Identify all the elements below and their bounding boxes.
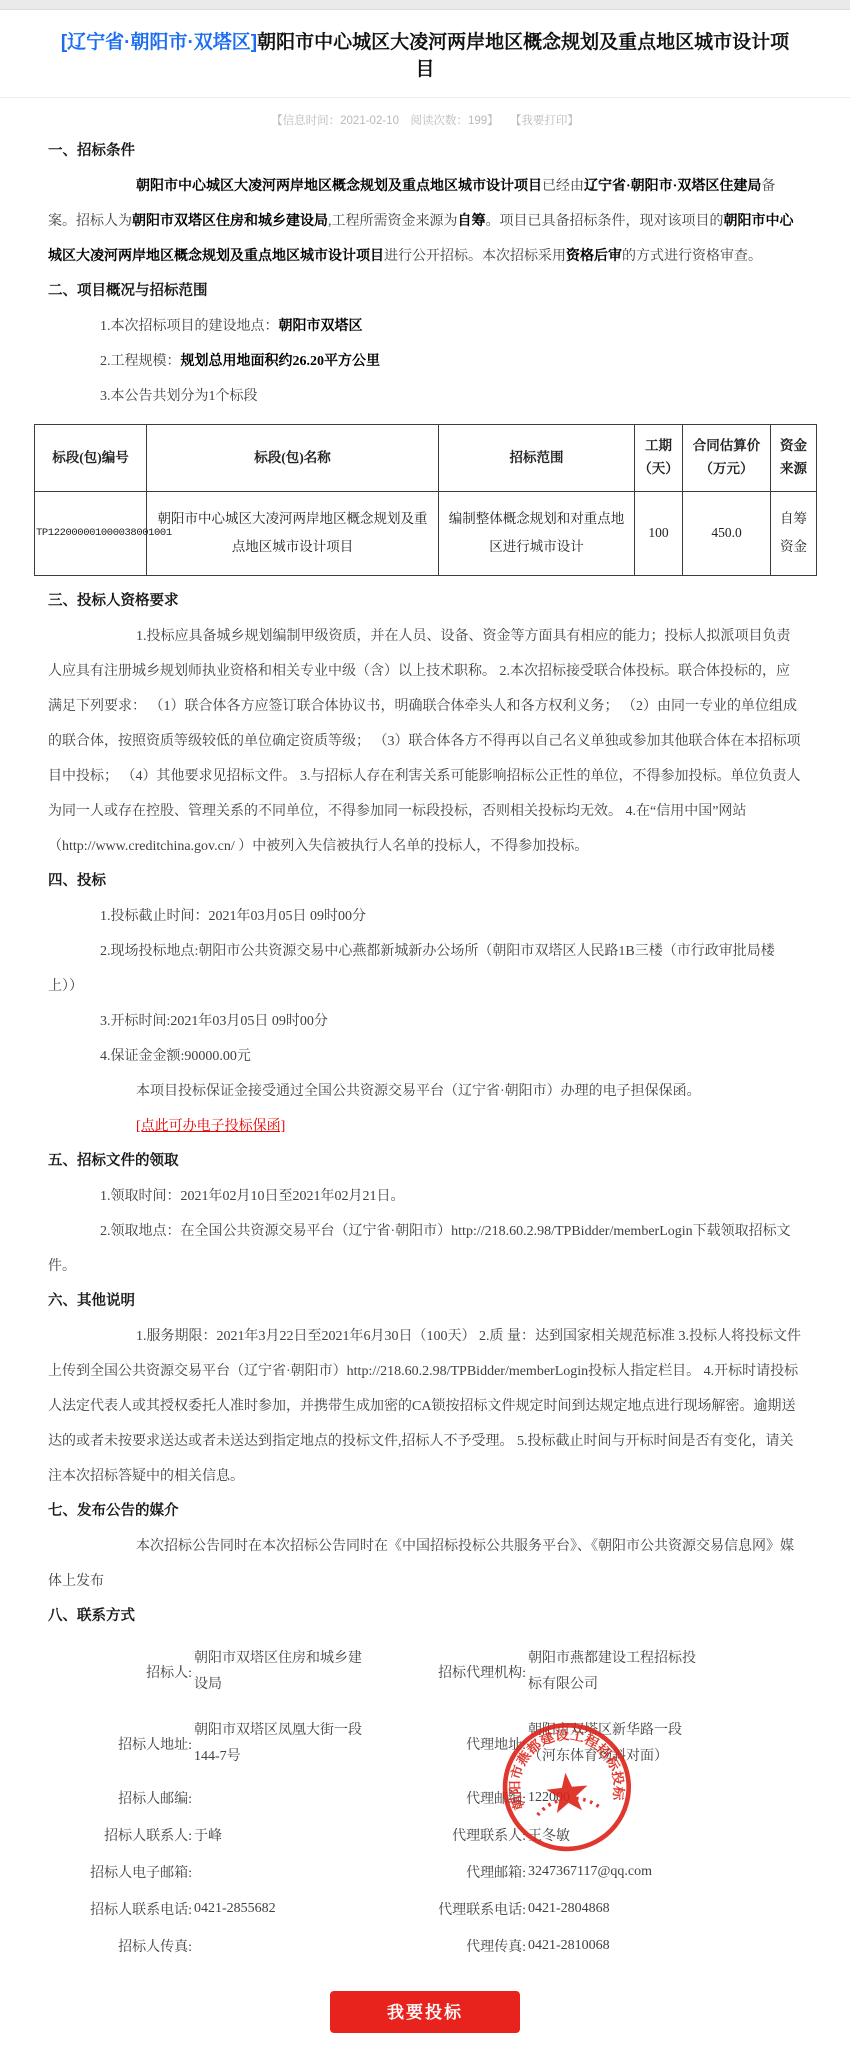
other-notes-paragraph: 1.服务期限：2021年3月22日至2021年6月30日（100天） 2.质 量… [48, 1319, 802, 1494]
text-run: ,工程所需资金来源为 [328, 214, 458, 229]
title-region-prefix: [辽宁省·朝阳市·双塔区] [61, 32, 257, 53]
text-run: 朝阳市中心城区大凌河两岸地区概念规划及重点地区城市设计项目 [136, 179, 542, 194]
bidder-label: 招标人传真: [48, 1936, 192, 1956]
lot-data-cell: 朝阳市中心城区大凌河两岸地区概念规划及重点地区城市设计项目 [147, 492, 439, 576]
lots-table-body: TP122000001000038001001朝阳市中心城区大凌河两岸地区概念规… [35, 492, 817, 576]
text-run: 已经由 [542, 179, 584, 194]
bidding-items: 1.投标截止时间：2021年03月05日 09时00分2.现场投标地点:朝阳市公… [48, 899, 802, 1074]
agency-label: 代理联系人: [386, 1825, 526, 1845]
lots-table: 标段(包)编号标段(包)名称招标范围工期（天）合同估算价（万元）资金来源 TP1… [34, 424, 817, 576]
list-item-paragraph: 1.领取时间：2021年02月10日至2021年02月21日。 [48, 1179, 802, 1214]
agency-value: 0421-2810068 [526, 1938, 802, 1954]
lot-data-cell: 自筹资金 [771, 492, 817, 576]
bidder-value-text: 朝阳市双塔区凤凰大街一段144-7号 [194, 1718, 362, 1770]
text-run: 2.工程规模： [100, 354, 181, 369]
contact-row: 招标人联系人:于峰代理联系人:王冬敏 [48, 1817, 802, 1854]
page-title: [辽宁省·朝阳市·双塔区]朝阳市中心城区大凌河两岸地区概念规划及重点地区城市设计… [55, 30, 795, 83]
section-heading-3: 三、投标人资格要求 [48, 584, 802, 619]
text-run: 朝阳市双塔区 [279, 319, 363, 334]
section-heading-7: 七、发布公告的媒介 [48, 1494, 802, 1529]
contact-row: 招标人邮编:代理邮编:122000 [48, 1780, 802, 1817]
lot-data-cell: 450.0 [683, 492, 771, 576]
project-overview-items: 1.本次招标项目的建设地点：朝阳市双塔区2.工程规模：规划总用地面积约26.20… [48, 309, 802, 414]
agency-value: 0421-2804868 [526, 1901, 802, 1917]
announcement-body: 一、招标条件 朝阳市中心城区大凌河两岸地区概念规划及重点地区城市设计项目已经由辽… [0, 130, 850, 2033]
agency-label: 代理邮箱: [386, 1862, 526, 1882]
agency-label: 招标代理机构: [386, 1662, 526, 1682]
text-run: 的方式进行资格审查。 [622, 249, 762, 264]
page-top-strip [0, 0, 850, 10]
lots-column-header: 标段(包)编号 [35, 425, 147, 492]
list-item-paragraph: 1.投标截止时间：2021年03月05日 09时00分 [48, 899, 802, 934]
list-item-paragraph: 2.领取地点：在全国公共资源交易平台（辽宁省·朝阳市）http://218.60… [48, 1214, 802, 1284]
contact-row: 招标人地址:朝阳市双塔区凤凰大街一段144-7号代理地址:朝阳市双塔区新华路一段… [48, 1708, 802, 1780]
print-link[interactable]: 【我要打印】 [510, 115, 579, 127]
section-heading-5: 五、招标文件的领取 [48, 1144, 802, 1179]
text-run: 1.本次招标项目的建设地点： [100, 319, 279, 334]
bidder-value-text: 朝阳市双塔区住房和城乡建设局 [194, 1646, 362, 1698]
bidder-value: 朝阳市双塔区住房和城乡建设局 [192, 1646, 386, 1698]
bidder-value: 于峰 [192, 1825, 386, 1845]
agency-value: 朝阳市燕都建设工程招标投标有限公司 [526, 1646, 802, 1698]
publish-media-paragraph: 本次招标公告同时在本次招标公告同时在《中国招标投标公共服务平台》、《朝阳市公共资… [48, 1529, 802, 1599]
list-item-paragraph: 2.现场投标地点:朝阳市公共资源交易中心燕都新城新办公场所（朝阳市双塔区人民路1… [48, 934, 802, 1004]
agency-label: 代理联系电话: [386, 1899, 526, 1919]
title-block: [辽宁省·朝阳市·双塔区]朝阳市中心城区大凌河两岸地区概念规划及重点地区城市设计… [0, 10, 850, 98]
text-run: 资格后审 [566, 249, 622, 264]
list-item-paragraph: 3.开标时间:2021年03月05日 09时00分 [48, 1004, 802, 1039]
bidder-label: 招标人电子邮箱: [48, 1862, 192, 1882]
agency-value: 122000 [526, 1790, 802, 1806]
info-time-and-views: 【信息时间：2021-02-10 阅读次数：199】 [271, 115, 499, 127]
text-run: 辽宁省·朝阳市·双塔区住建局 [584, 179, 761, 194]
bid-bond-note: 本项目投标保证金接受通过全国公共资源交易平台（辽宁省·朝阳市）办理的电子担保保函… [48, 1074, 802, 1109]
bidder-qualification-paragraph: 1.投标应具备城乡规划编制甲级资质，并在人员、设备、资金等方面具有相应的能力；投… [48, 619, 802, 864]
text-run: 朝阳市双塔区住房和城乡建设局 [132, 214, 328, 229]
text-run: 3.本公告共划分为1个标段 [100, 389, 258, 404]
text-run: 进行公开招标。本次招标采用 [384, 249, 566, 264]
document-collection-items: 1.领取时间：2021年02月10日至2021年02月21日。2.领取地点：在全… [48, 1179, 802, 1284]
text-run: 自筹 [458, 214, 486, 229]
text-run: 。项目已具备招标条件，现对该项目的 [486, 214, 724, 229]
lots-column-header: 合同估算价（万元） [683, 425, 771, 492]
lot-id-cell: TP122000001000038001001 [35, 492, 147, 576]
section-heading-4: 四、投标 [48, 864, 802, 899]
agency-value-text: 朝阳市燕都建设工程招标投标有限公司 [528, 1646, 696, 1698]
e-guarantee-link[interactable]: [点此可办电子投标保函] [136, 1119, 285, 1134]
section-heading-8: 八、联系方式 [48, 1599, 802, 1634]
e-guarantee-link-paragraph: [点此可办电子投标保函] [48, 1109, 802, 1144]
agency-value: 朝阳市双塔区新华路一段（河东体育场斜对面） [526, 1718, 802, 1770]
lots-header-row: 标段(包)编号标段(包)名称招标范围工期（天）合同估算价（万元）资金来源 [35, 425, 817, 492]
contact-row: 招标人电子邮箱:代理邮箱:3247367117@qq.com [48, 1854, 802, 1891]
agency-value: 3247367117@qq.com [526, 1864, 802, 1880]
list-item-paragraph: 2.工程规模：规划总用地面积约26.20平方公里 [48, 344, 802, 379]
bidder-label: 招标人邮编: [48, 1788, 192, 1808]
agency-value-text: 朝阳市双塔区新华路一段（河东体育场斜对面） [528, 1718, 696, 1770]
list-item-paragraph: 4.保证金金额:90000.00元 [48, 1039, 802, 1074]
lots-column-header: 资金来源 [771, 425, 817, 492]
lot-data-cell: 编制整体概念规划和对重点地区进行城市设计 [439, 492, 635, 576]
list-item-paragraph: 3.本公告共划分为1个标段 [48, 379, 802, 414]
agency-label: 代理地址: [386, 1734, 526, 1754]
section-heading-6: 六、其他说明 [48, 1284, 802, 1319]
tender-conditions-paragraph: 朝阳市中心城区大凌河两岸地区概念规划及重点地区城市设计项目已经由辽宁省·朝阳市·… [48, 169, 802, 274]
title-main-text: 朝阳市中心城区大凌河两岸地区概念规划及重点地区城市设计项目 [257, 32, 789, 80]
bidder-value: 0421-2855682 [192, 1901, 386, 1917]
contact-row: 招标人传真:代理传真:0421-2810068 [48, 1928, 802, 1965]
contact-row: 招标人联系电话:0421-2855682代理联系电话:0421-2804868 [48, 1891, 802, 1928]
contact-row: 招标人:朝阳市双塔区住房和城乡建设局招标代理机构:朝阳市燕都建设工程招标投标有限… [48, 1636, 802, 1708]
lots-table-header: 标段(包)编号标段(包)名称招标范围工期（天）合同估算价（万元）资金来源 [35, 425, 817, 492]
bidder-label: 招标人联系电话: [48, 1899, 192, 1919]
section-heading-2: 二、项目概况与招标范围 [48, 274, 802, 309]
section-heading-1: 一、招标条件 [48, 134, 802, 169]
lots-column-header: 标段(包)名称 [147, 425, 439, 492]
lots-column-header: 招标范围 [439, 425, 635, 492]
meta-row: 【信息时间：2021-02-10 阅读次数：199】 【我要打印】 [0, 98, 850, 130]
lots-data-row: TP122000001000038001001朝阳市中心城区大凌河两岸地区概念规… [35, 492, 817, 576]
footer-action-row: 我要投标 [48, 1991, 802, 2033]
agency-label: 代理传真: [386, 1936, 526, 1956]
contact-info-block: 招标人:朝阳市双塔区住房和城乡建设局招标代理机构:朝阳市燕都建设工程招标投标有限… [48, 1636, 802, 1965]
bidder-value: 朝阳市双塔区凤凰大街一段144-7号 [192, 1718, 386, 1770]
text-run: 规划总用地面积约26.20平方公里 [181, 354, 381, 369]
lots-column-header: 工期（天） [635, 425, 683, 492]
agency-value: 王冬敏 [526, 1825, 802, 1845]
agency-label: 代理邮编: [386, 1788, 526, 1808]
lot-data-cell: 100 [635, 492, 683, 576]
i-want-to-bid-button[interactable]: 我要投标 [330, 1991, 520, 2033]
list-item-paragraph: 1.本次招标项目的建设地点：朝阳市双塔区 [48, 309, 802, 344]
bidder-label: 招标人: [48, 1662, 192, 1682]
bidder-label: 招标人地址: [48, 1734, 192, 1754]
bidder-label: 招标人联系人: [48, 1825, 192, 1845]
contact-rows: 招标人:朝阳市双塔区住房和城乡建设局招标代理机构:朝阳市燕都建设工程招标投标有限… [48, 1636, 802, 1965]
